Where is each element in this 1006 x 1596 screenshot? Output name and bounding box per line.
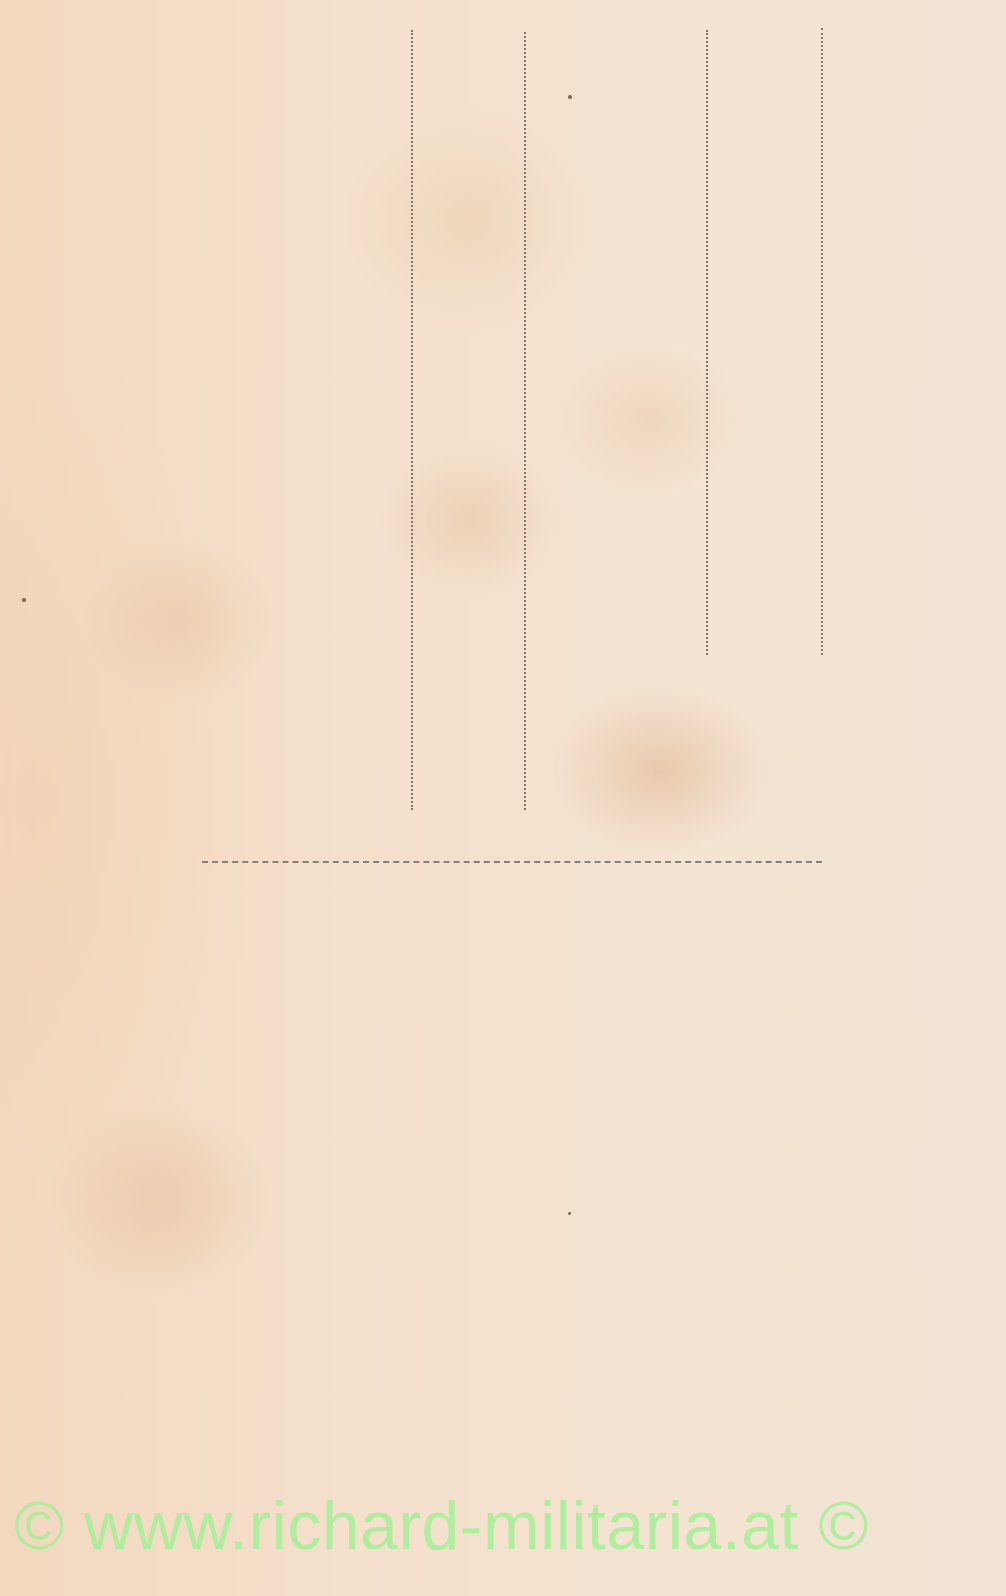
postcard-back: © www.richard-militaria.at © xyxy=(0,0,1006,1596)
dotted-vertical-line-2 xyxy=(524,32,526,810)
dotted-vertical-line-3 xyxy=(706,30,708,655)
dotted-vertical-line-1 xyxy=(411,30,413,810)
copyright-watermark: © www.richard-militaria.at © xyxy=(14,1492,869,1560)
paper-speck xyxy=(568,1212,571,1215)
dotted-vertical-line-4 xyxy=(821,28,823,655)
paper-speck xyxy=(568,95,572,99)
dashed-divider-line xyxy=(202,861,822,863)
paper-speck xyxy=(22,598,26,602)
